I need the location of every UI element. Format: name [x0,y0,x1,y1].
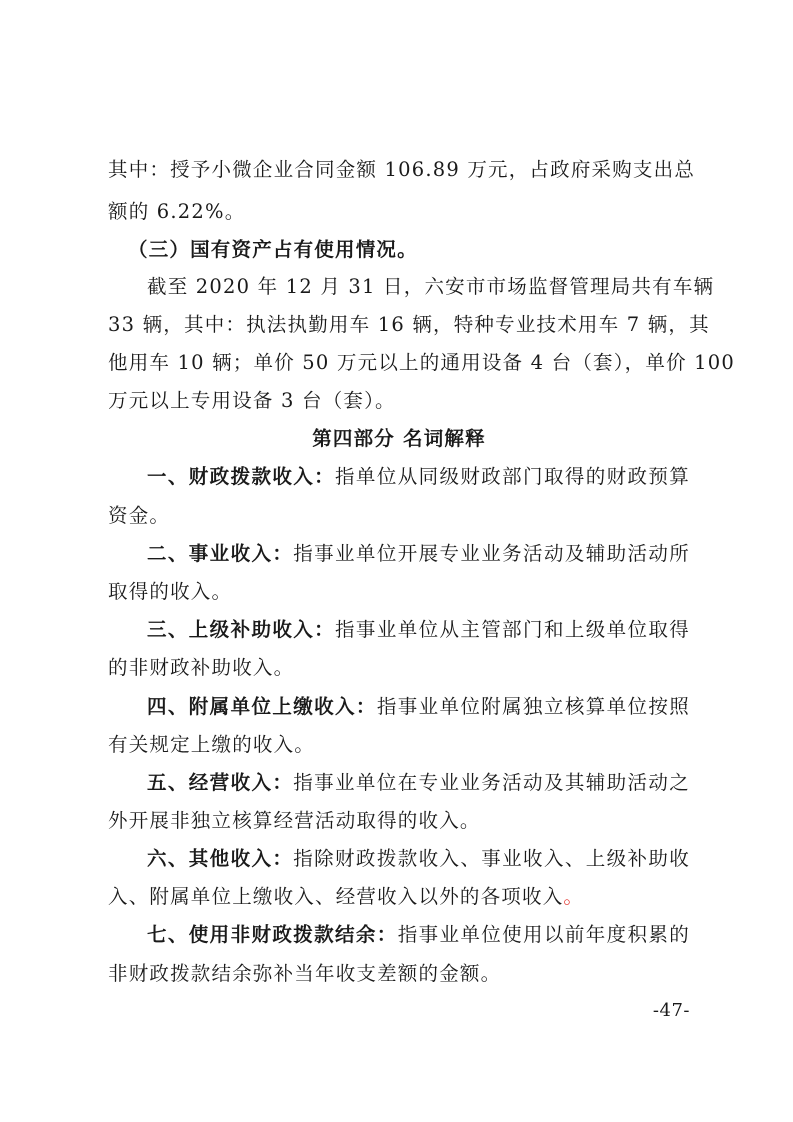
definition-continuation: 有关规定上缴的收入。 [108,735,690,755]
definition-text: 指单位从同级财政部门取得的财政预算 [335,465,690,488]
page-section-title: 第四部分 名词解释 [108,429,690,449]
section-heading: （三）国有资产占有使用情况。 [128,240,671,260]
definition-item: 五、经营收入：指事业单位在专业业务活动及其辅助活动之 [147,773,690,793]
definition-text: 指除财政拨款收入、事业收入、上级补助收 [293,847,690,870]
red-period-mark: 。 [563,885,584,908]
definition-item: 四、附属单位上缴收入：指事业单位附属独立核算单位按照 [147,697,690,717]
page-number: -47- [653,1000,690,1021]
definition-continuation: 入、附属单位上缴收入、经营收入以外的各项收入。 [108,887,690,907]
definition-term: 六、其他收入： [147,847,293,870]
paragraph-line: 其中：授予小微企业合同金额 106.89 万元，占政府采购支出总 [108,160,690,180]
definition-text: 指事业单位开展专业业务活动及辅助活动所 [293,542,690,565]
definition-term: 二、事业收入： [147,542,293,565]
paragraph-line: 33 辆，其中：执法执勤用车 16 辆，特种专业技术用车 7 辆，其 [108,315,690,335]
definition-term: 五、经营收入： [147,771,293,794]
definition-continuation: 外开展非独立核算经营活动取得的收入。 [108,811,690,831]
definition-item: 七、使用非财政拨款结余：指事业单位使用以前年度积累的 [147,925,690,945]
definition-text: 指事业单位从主管部门和上级单位取得 [335,618,690,641]
paragraph-line: 截至 2020 年 12 月 31 日，六安市市场监督管理局共有车辆 [147,277,690,297]
definition-term: 三、上级补助收入： [147,618,335,641]
definition-term: 七、使用非财政拨款结余： [147,923,398,946]
definition-item: 二、事业收入：指事业单位开展专业业务活动及辅助活动所 [147,544,690,564]
definition-continuation: 取得的收入。 [108,582,690,602]
definition-item: 一、财政拨款收入：指单位从同级财政部门取得的财政预算 [147,467,690,487]
definition-text: 入、附属单位上缴收入、经营收入以外的各项收入 [108,885,563,908]
definition-term: 四、附属单位上缴收入： [147,695,377,718]
definition-term: 一、财政拨款收入： [147,465,335,488]
definition-continuation: 资金。 [108,506,690,526]
definition-continuation: 的非财政补助收入。 [108,658,690,678]
document-page: 其中：授予小微企业合同金额 106.89 万元，占政府采购支出总 额的 6.22… [0,0,793,1122]
definition-continuation: 非财政拨款结余弥补当年收支差额的金额。 [108,964,690,984]
definition-item: 六、其他收入：指除财政拨款收入、事业收入、上级补助收 [147,849,690,869]
definition-text: 指事业单位附属独立核算单位按照 [377,695,690,718]
definition-item: 三、上级补助收入：指事业单位从主管部门和上级单位取得 [147,620,690,640]
paragraph-line: 他用车 10 辆；单价 50 万元以上的通用设备 4 台（套），单价 100 [108,353,690,373]
definition-text: 指事业单位使用以前年度积累的 [398,923,690,946]
paragraph-line: 额的 6.22%。 [108,202,690,222]
definition-text: 指事业单位在专业业务活动及其辅助活动之 [293,771,690,794]
paragraph-line: 万元以上专用设备 3 台（套）。 [108,391,690,411]
